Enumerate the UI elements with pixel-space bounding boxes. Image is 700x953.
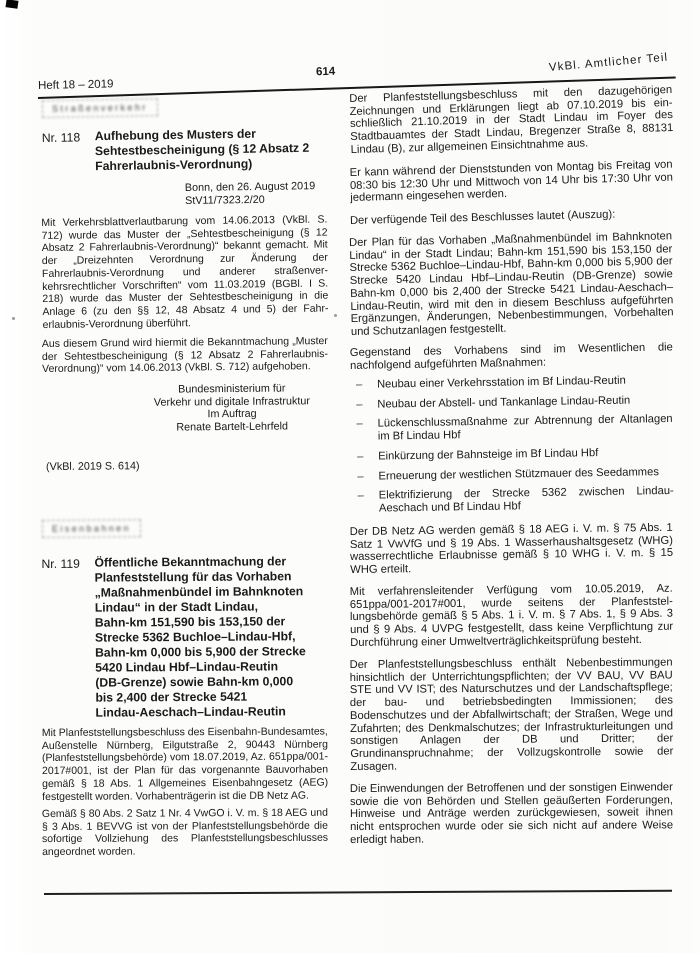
- rubric-stamp-text: Eisenbahnen: [42, 519, 141, 538]
- gazette-page: Heft 18 – 2019 614 VkBl. Amtlicher Teil …: [0, 0, 700, 953]
- footer-rule: [44, 890, 672, 895]
- dash-marker: –: [350, 470, 378, 483]
- measure-text: Lückenschluss­maßnahme zur Abtrennung de…: [378, 414, 673, 444]
- paragraph: Der Plan für das Vorhaben „Maßnahmen­bün…: [349, 231, 674, 339]
- header-issue-label: Heft 18 – 2019: [38, 78, 114, 92]
- header-page-number: 614: [316, 66, 336, 79]
- notice-number: Nr. 119: [41, 555, 95, 720]
- right-column: Der Planfeststellungs­beschluss mit den …: [350, 93, 673, 846]
- left-column: Straßenverkehr Nr. 118 Aufhebung des Mus…: [42, 99, 328, 859]
- dash-marker: –: [350, 418, 378, 444]
- scan-artifact: [6, 0, 19, 9]
- paragraph: Er kann während der Dienststunden von Mo…: [350, 158, 674, 205]
- vkbl-reference: (VkBl. 2019 S. 614): [46, 458, 328, 472]
- signature-block: Bundesministerium fürVerkehr und digital…: [127, 382, 337, 435]
- section-stamp-road: Straßenverkehr: [42, 95, 328, 118]
- paragraph: Der verfügende Teil des Beschlusses laut…: [350, 207, 673, 228]
- notice-title: Aufhebung des Musters derSehtestbeschein…: [95, 126, 310, 174]
- notice-118: Nr. 118 Aufhebung des Musters derSehtest…: [42, 126, 329, 175]
- paragraph: Gemäß § 80 Abs. 2 Satz 1 Nr. 4 VwGO i. V…: [42, 807, 328, 859]
- paragraph: Mit verfahrensleitender Verfügung vom 10…: [350, 582, 674, 649]
- measure-item: – Einkürzung der Bahnsteige im Bf Lindau…: [350, 446, 673, 464]
- measure-item: – Elektrifizierung der Strecke 5362 zwis…: [351, 485, 674, 515]
- measures-list: – Neubau einer Verkehrsstation im Bf Lin…: [349, 374, 674, 516]
- paragraph: Mit Verkehrsblatt­verlautbarung vom 14.0…: [41, 214, 328, 332]
- paragraph: Der Planfeststellungs­beschluss enthält …: [350, 657, 674, 774]
- paragraph: Gegenstand des Vorhabens sind im Wesentl…: [350, 341, 673, 372]
- paragraph: Der DB Netz AG werden gemäß § 18 AEG i. …: [350, 522, 674, 577]
- measure-text: Erneuerung der westlichen Stützmauer des…: [378, 466, 673, 483]
- measure-item: – Lückenschluss­maßnahme zur Abtrennung …: [350, 414, 673, 444]
- measure-item: – Erneuerung der westlichen Stützmauer d…: [350, 466, 673, 484]
- paragraph: Mit Planfeststellungs­beschluss des Eise…: [42, 725, 328, 803]
- measure-text: Einkürzung der Bahnsteige im Bf Lindau H…: [378, 446, 673, 463]
- scan-artifact: [12, 317, 15, 320]
- scan-artifact: [334, 314, 337, 317]
- paragraph: Die Einwendungen der Betroffenen und der…: [350, 781, 673, 846]
- notice-119: Nr. 119 Öffentliche Bekanntmachung derPl…: [41, 554, 328, 721]
- rubric-stamp-text: Straßenverkehr: [42, 98, 158, 118]
- notice-number: Nr. 118: [42, 129, 96, 175]
- dateline-file-reference: StV11/7323.2/20: [185, 193, 328, 208]
- paragraph: Der Planfeststellungs­beschluss mit den …: [349, 84, 674, 157]
- dash-marker: –: [349, 379, 377, 392]
- dash-marker: –: [350, 451, 378, 464]
- measure-text: Neubau einer Verkehrsstation im Bf Linda…: [377, 374, 672, 391]
- measure-text: Neubau der Abstell- und Tankanlage Linda…: [377, 394, 672, 411]
- header-journal-title: VkBl. Amtlicher Teil: [548, 52, 668, 74]
- paragraph: Aus diesem Grund wird hiermit die Bekann…: [42, 335, 328, 376]
- notice-title: Öffentliche Bekanntmachung derPlanfestst…: [94, 554, 306, 720]
- dash-marker: –: [349, 399, 377, 412]
- measure-item: – Neubau einer Verkehrsstation im Bf Lin…: [349, 374, 672, 392]
- dateline-place-date: Bonn, den 26. August 2019: [185, 180, 328, 195]
- dash-marker: –: [351, 490, 379, 516]
- dateline: Bonn, den 26. August 2019 StV11/7323.2/2…: [42, 180, 328, 209]
- measure-item: – Neubau der Abstell- und Tankanlage Lin…: [349, 394, 672, 412]
- section-stamp-rail: Eisenbahnen: [42, 516, 328, 537]
- measure-text: Elektrifizierung der Strecke 5362 zwisch…: [379, 485, 674, 515]
